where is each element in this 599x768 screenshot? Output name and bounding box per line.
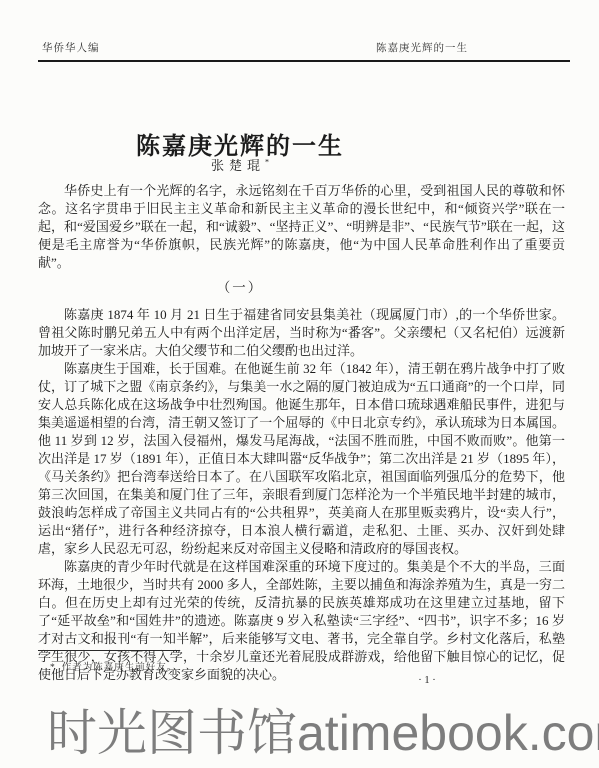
article-body: 华侨史上有一个光辉的名字，永远铭刻在千百万华侨的心里，受到祖国人民的尊敬和怀念。…: [38, 182, 565, 684]
running-head-right: 陈嘉庚光辉的一生: [376, 40, 468, 55]
scanned-book-page: 华侨华人编 陈嘉庚光辉的一生 陈嘉庚光辉的一生 张楚琨* 华侨史上有一个光辉的名…: [0, 0, 599, 768]
article-author: 张楚琨*: [0, 155, 480, 174]
page-number: · 1 ·: [405, 675, 449, 686]
header-rule: [38, 60, 570, 62]
running-head-left: 华侨华人编: [42, 40, 100, 55]
footnote-marker: *: [50, 663, 56, 673]
library-watermark: 时光图书馆atimebook.com: [47, 704, 599, 762]
footnote: *作者为陈嘉庚生前好友。: [50, 659, 177, 673]
footnote-rule: [38, 650, 180, 651]
footnote-text: 作者为陈嘉庚生前好友。: [62, 663, 178, 673]
author-footnote-mark: *: [265, 158, 269, 167]
intro-paragraph: 华侨史上有一个光辉的名字，永远铭刻在千百万华侨的心里，受到祖国人民的尊敬和怀念。…: [38, 182, 565, 272]
section-heading: （一）: [38, 279, 442, 297]
body-paragraph: 陈嘉庚 1874 年 10 月 21 日生于福建省同安县集美社（现属厦门市）,的…: [38, 306, 565, 360]
body-paragraph: 陈嘉庚生于国难，长于国难。在他诞生前 32 年（1842 年），清王朝在鸦片战争…: [38, 360, 565, 558]
author-name: 张楚琨: [211, 158, 265, 173]
